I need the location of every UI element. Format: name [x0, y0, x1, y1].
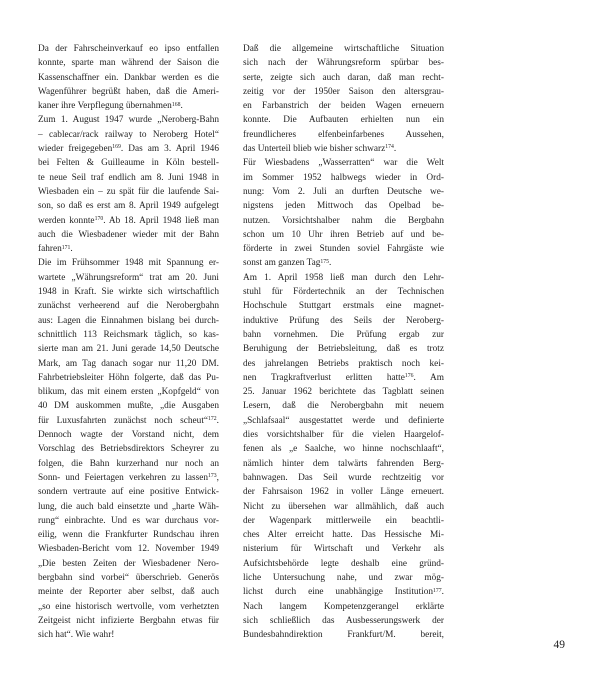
- text-line: Zeitgeist nicht infizierte Bergbahn etwa…: [38, 614, 219, 628]
- text-line: Für Wiesbadens „Wasserratten“ war die We…: [243, 156, 444, 170]
- text-line: lichst durch eine unabhängige Institutio…: [243, 585, 444, 599]
- text-line: lung, die auch bald einsetzte und „harte…: [38, 500, 219, 514]
- text-line: sich schließlich das Ausbesserungswerk d…: [243, 614, 444, 628]
- footnote-reference: 170: [95, 216, 104, 222]
- text-line: zunächst verheerend auf die Nerobergbahn: [38, 299, 219, 313]
- footnote-reference: 176: [405, 373, 414, 379]
- text-line: zeitig vor der 1950er Saison den altersg…: [243, 85, 444, 99]
- text-line: eilig, wenn die Frankfurter Rundschau ih…: [38, 528, 219, 542]
- text-line: Beruhigung der Betriebsleitung, daß es t…: [243, 342, 444, 356]
- text-line: freundlicheres elfenbeinfarbenes Aussehe…: [243, 128, 444, 142]
- footnote-reference: 177: [433, 588, 442, 594]
- text-line: Dennoch wagte der Vorstand nicht, dem: [38, 428, 219, 442]
- text-column-right: Daß die allgemeine wirtschaftliche Situa…: [243, 42, 444, 642]
- text-line: konnte. Die Aufbauten erhielten nun ein: [243, 113, 444, 127]
- text-line: Wiesbaden-Bericht vom 12. November 1949: [38, 542, 219, 556]
- text-line: wieder freigegeben169. Das am 3. April 1…: [38, 142, 219, 156]
- text-line: dies vorsichtshalber für die vielen Haar…: [243, 428, 444, 442]
- text-line: Aufsichtsbehörde legte deshalb eine grün…: [243, 557, 444, 571]
- footnote-reference: 174: [385, 144, 394, 150]
- text-line: im Sommer 1952 halbwegs wieder in Ord-: [243, 171, 444, 185]
- text-line: Wiesbaden ein – zu spät für die laufende…: [38, 185, 219, 199]
- footnote-reference: 169: [112, 144, 121, 150]
- text-line: sich nach der Währungsreform spürbar bes…: [243, 56, 444, 70]
- text-line: wartete „Währungsreform“ trat am 20. Jun…: [38, 271, 219, 285]
- text-line: Nach langem Kompetenzgerangel erklärte: [243, 600, 444, 614]
- text-line: meinte der Reporter aber selbst, daß auc…: [38, 585, 219, 599]
- text-line: Vorschlag des Betriebsdirektors Scheyrer…: [38, 442, 219, 456]
- text-line: Nicht zu übersehen war allmählich, daß a…: [243, 500, 444, 514]
- text-line: bei Felten & Guilleaume in Köln bestell-: [38, 156, 219, 170]
- text-line: Wagenführer begrüßt haben, daß die Ameri…: [38, 85, 219, 99]
- paragraph: Die im Frühsommer 1948 mit Spannung er-w…: [38, 256, 219, 642]
- text-line: des jahrelangen Betriebs praktisch noch …: [243, 357, 444, 371]
- text-line: für Luxusfahrten zunächst noch scheut“17…: [38, 414, 219, 428]
- text-line: Bundesbahndirektion Frankfurt/M. bereit,: [243, 628, 444, 642]
- paragraph: Für Wiesbadens „Wasserratten“ war die We…: [243, 156, 444, 270]
- text-line: Hochschule Stuttgart erstmals eine magne…: [243, 299, 444, 313]
- paragraph: Am 1. April 1958 ließ man durch den Lehr…: [243, 271, 444, 643]
- text-line: auch die Wiesbadener wieder mit der Bahn: [38, 228, 219, 242]
- text-line: nen Tragkraftverlust erlitten hatte176. …: [243, 371, 444, 385]
- text-line: induktive Prüfung des Seils der Neroberg…: [243, 314, 444, 328]
- book-page: Da der Fahrscheinverkauf eo ipso entfall…: [0, 0, 600, 700]
- text-line: ches Alter erreicht hatte. Das Hessische…: [243, 528, 444, 542]
- text-line: der Fahrsaison 1962 in voller Länge erne…: [243, 485, 444, 499]
- text-line: Kassenschaffner ein. Dankbar werden es d…: [38, 71, 219, 85]
- text-line: son, so daß es erst am 8. April 1949 auf…: [38, 199, 219, 213]
- text-line: nutzen. Vorsichtshalber nahm die Bergbah…: [243, 214, 444, 228]
- text-line: fenen als „e Saalche, wo hinne nochschla…: [243, 442, 444, 456]
- text-line: folgen, die Bahn kurzerhand nur noch an: [38, 457, 219, 471]
- text-line: sich hat“. Wie wahr!: [38, 628, 219, 642]
- text-line: Zum 1. August 1947 wurde „Neroberg-Bahn: [38, 113, 219, 127]
- paragraph: Daß die allgemeine wirtschaftliche Situa…: [243, 42, 444, 156]
- text-line: – cablecar/rack railway to Neroberg Hote…: [38, 128, 219, 142]
- text-line: stuhl für Fördertechnik an der Technisch…: [243, 285, 444, 299]
- text-line: sierte man am 21. Juni gerade 14,50 Deut…: [38, 342, 219, 356]
- text-line: nigstens jeden Mittwoch das Opelbad be-: [243, 199, 444, 213]
- text-line: „so eine historisch wertvolle, vom verhe…: [38, 600, 219, 614]
- text-line: das Unterteil blieb wie bisher schwarz17…: [243, 142, 444, 156]
- text-line: bahn vornehmen. Die Prüfung ergab zur: [243, 328, 444, 342]
- footnote-reference: 172: [208, 416, 217, 422]
- text-line: 25. Januar 1962 berichtete das Tagblatt …: [243, 385, 444, 399]
- text-line: fahren171.: [38, 242, 219, 256]
- text-line: 40 DM auskommen mußte, „die Ausgaben: [38, 399, 219, 413]
- paragraph: Da der Fahrscheinverkauf eo ipso entfall…: [38, 42, 219, 113]
- text-line: werden konnte170. Ab 18. April 1948 ließ…: [38, 214, 219, 228]
- text-line: rung“ einbrachte. Und es war durchaus vo…: [38, 514, 219, 528]
- text-line: konnte, sparte man während der Saison di…: [38, 56, 219, 70]
- paragraph: Zum 1. August 1947 wurde „Neroberg-Bahn–…: [38, 113, 219, 256]
- text-line: schon um 10 Uhr ihren Betrieb auf und be…: [243, 228, 444, 242]
- text-line: „Schlafsaal“ ausgestattet werde und defi…: [243, 414, 444, 428]
- text-line: Am 1. April 1958 ließ man durch den Lehr…: [243, 271, 444, 285]
- text-line: Mark, am Tag danach sogar nur 11,20 DM.: [38, 357, 219, 371]
- text-line: bergbahn sind vorbei“ überschrieb. Gener…: [38, 571, 219, 585]
- text-line: bahnwagen. Das Seil wurde rechtzeitig vo…: [243, 471, 444, 485]
- footnote-reference: 173: [208, 473, 217, 479]
- text-line: „Die besten Zeiten der Wiesbadener Nero-: [38, 557, 219, 571]
- text-line: 1948 in Kraft. Sie wirkte sich wirtschaf…: [38, 285, 219, 299]
- text-line: Daß die allgemeine wirtschaftliche Situa…: [243, 42, 444, 56]
- text-line: blikum, das mit einem ersten „Kopfgeld“ …: [38, 385, 219, 399]
- footnote-reference: 171: [62, 245, 71, 251]
- text-line: kaner ihre Verpflegung übernahmen168.: [38, 99, 219, 113]
- text-line: förderte in zwei Stunden soviel Fahrgäst…: [243, 242, 444, 256]
- page-number: 49: [505, 638, 565, 652]
- text-line: en Farbanstrich der beiden Wagen erneuer…: [243, 99, 444, 113]
- text-line: serte, zeigte sich auch daran, daß man r…: [243, 71, 444, 85]
- text-line: aus: Lagen die Einnahmen bislang bei dur…: [38, 314, 219, 328]
- text-line: Lesern, daß die Nerobergbahn mit neuem: [243, 399, 444, 413]
- text-line: Sonn- und Feiertagen verkehren zu lassen…: [38, 471, 219, 485]
- text-column-left: Da der Fahrscheinverkauf eo ipso entfall…: [38, 42, 219, 642]
- text-line: Die im Frühsommer 1948 mit Spannung er-: [38, 256, 219, 270]
- footnote-reference: 175: [320, 259, 329, 265]
- text-line: te neue Seil traf endlich am 8. Juni 194…: [38, 171, 219, 185]
- text-line: Fahrbetriebsleiter Höhn folgerte, daß da…: [38, 371, 219, 385]
- text-line: sondern vertraute auf eine positive Entw…: [38, 485, 219, 499]
- text-line: schnittlich 113 Reichsmark täglich, so k…: [38, 328, 219, 342]
- text-line: nämlich hinter dem talwärts fahrenden Be…: [243, 457, 444, 471]
- text-line: Da der Fahrscheinverkauf eo ipso entfall…: [38, 42, 219, 56]
- footnote-reference: 168: [172, 102, 181, 108]
- text-line: liche Untersuchung nahe, und zwar mög-: [243, 571, 444, 585]
- text-line: sonst am ganzen Tag175.: [243, 256, 444, 270]
- text-line: der Wagenpark mittlerweile ein beachtli-: [243, 514, 444, 528]
- text-line: nung: Vom 2. Juli an durften Deutsche we…: [243, 185, 444, 199]
- text-line: nisterium für Wirtschaft und Verkehr als: [243, 542, 444, 556]
